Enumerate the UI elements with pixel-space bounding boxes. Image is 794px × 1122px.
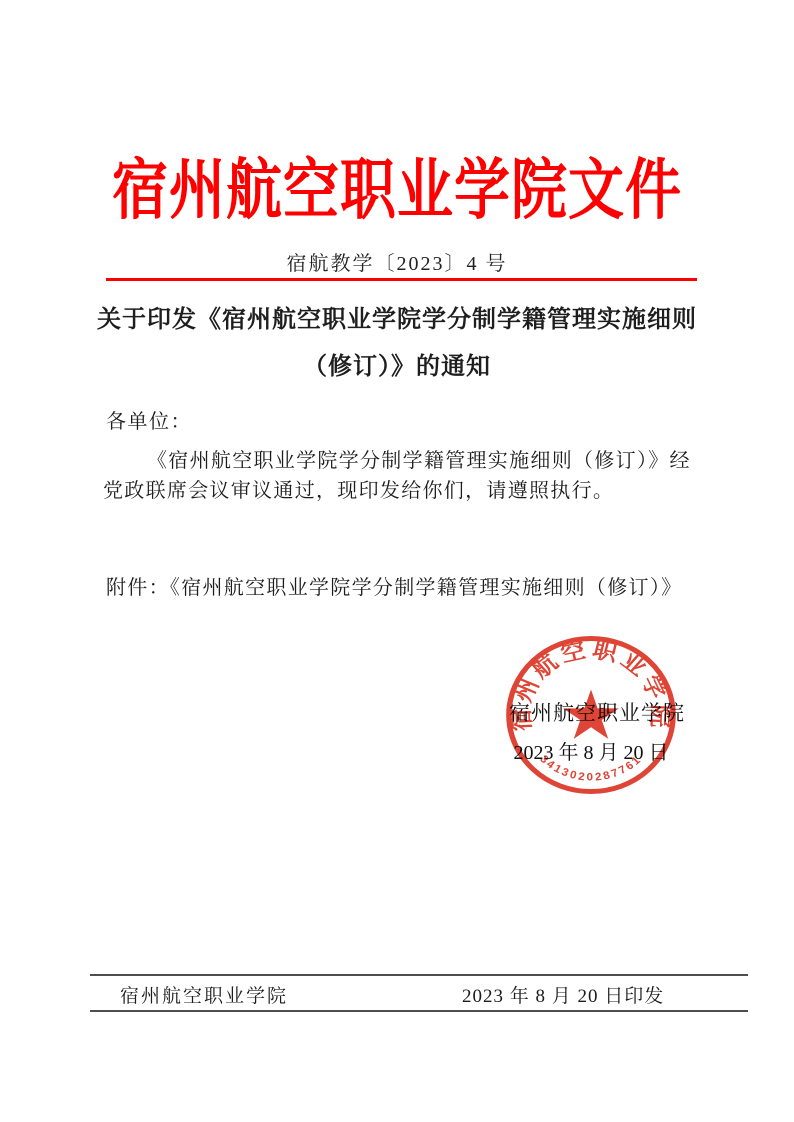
document-page: 宿州航空职业学院文件 宿航教学〔2023〕4 号 关于印发《宿州航空职业学院学分… — [0, 0, 794, 1122]
paragraph-line-1: 《宿州航空职业学院学分制学籍管理实施细则（修订）》经 — [103, 446, 709, 476]
seal-number: 3413020287761 — [537, 754, 645, 784]
salutation: 各单位： — [106, 405, 192, 434]
notice-title: 关于印发《宿州航空职业学院学分制学籍管理实施细则 （修订）》的通知 — [0, 296, 794, 390]
footer-top-line — [90, 974, 748, 976]
document-number: 宿航教学〔2023〕4 号 — [0, 247, 794, 276]
document-header-title: 宿州航空职业学院文件 — [0, 138, 794, 232]
attachment-line: 附件：《宿州航空职业学院学分制学籍管理实施细则（修订）》 — [106, 571, 682, 600]
notice-title-line-2: （修订）》的通知 — [0, 343, 794, 390]
official-seal: 宿州航空职业学院 3413020287761 — [503, 633, 679, 797]
body-paragraph: 《宿州航空职业学院学分制学籍管理实施细则（修订）》经 党政联席会议审议通过，现印… — [103, 446, 709, 506]
red-separator-line — [106, 278, 697, 281]
notice-title-line-1: 关于印发《宿州航空职业学院学分制学籍管理实施细则 — [0, 296, 794, 343]
footer-org: 宿州航空职业学院 — [120, 981, 288, 1008]
footer-bottom-line — [90, 1010, 748, 1012]
footer-date: 2023 年 8 月 20 日印发 — [462, 981, 664, 1008]
paragraph-line-2: 党政联席会议审议通过，现印发给你们，请遵照执行。 — [103, 476, 709, 506]
seal-star-icon — [563, 689, 619, 738]
